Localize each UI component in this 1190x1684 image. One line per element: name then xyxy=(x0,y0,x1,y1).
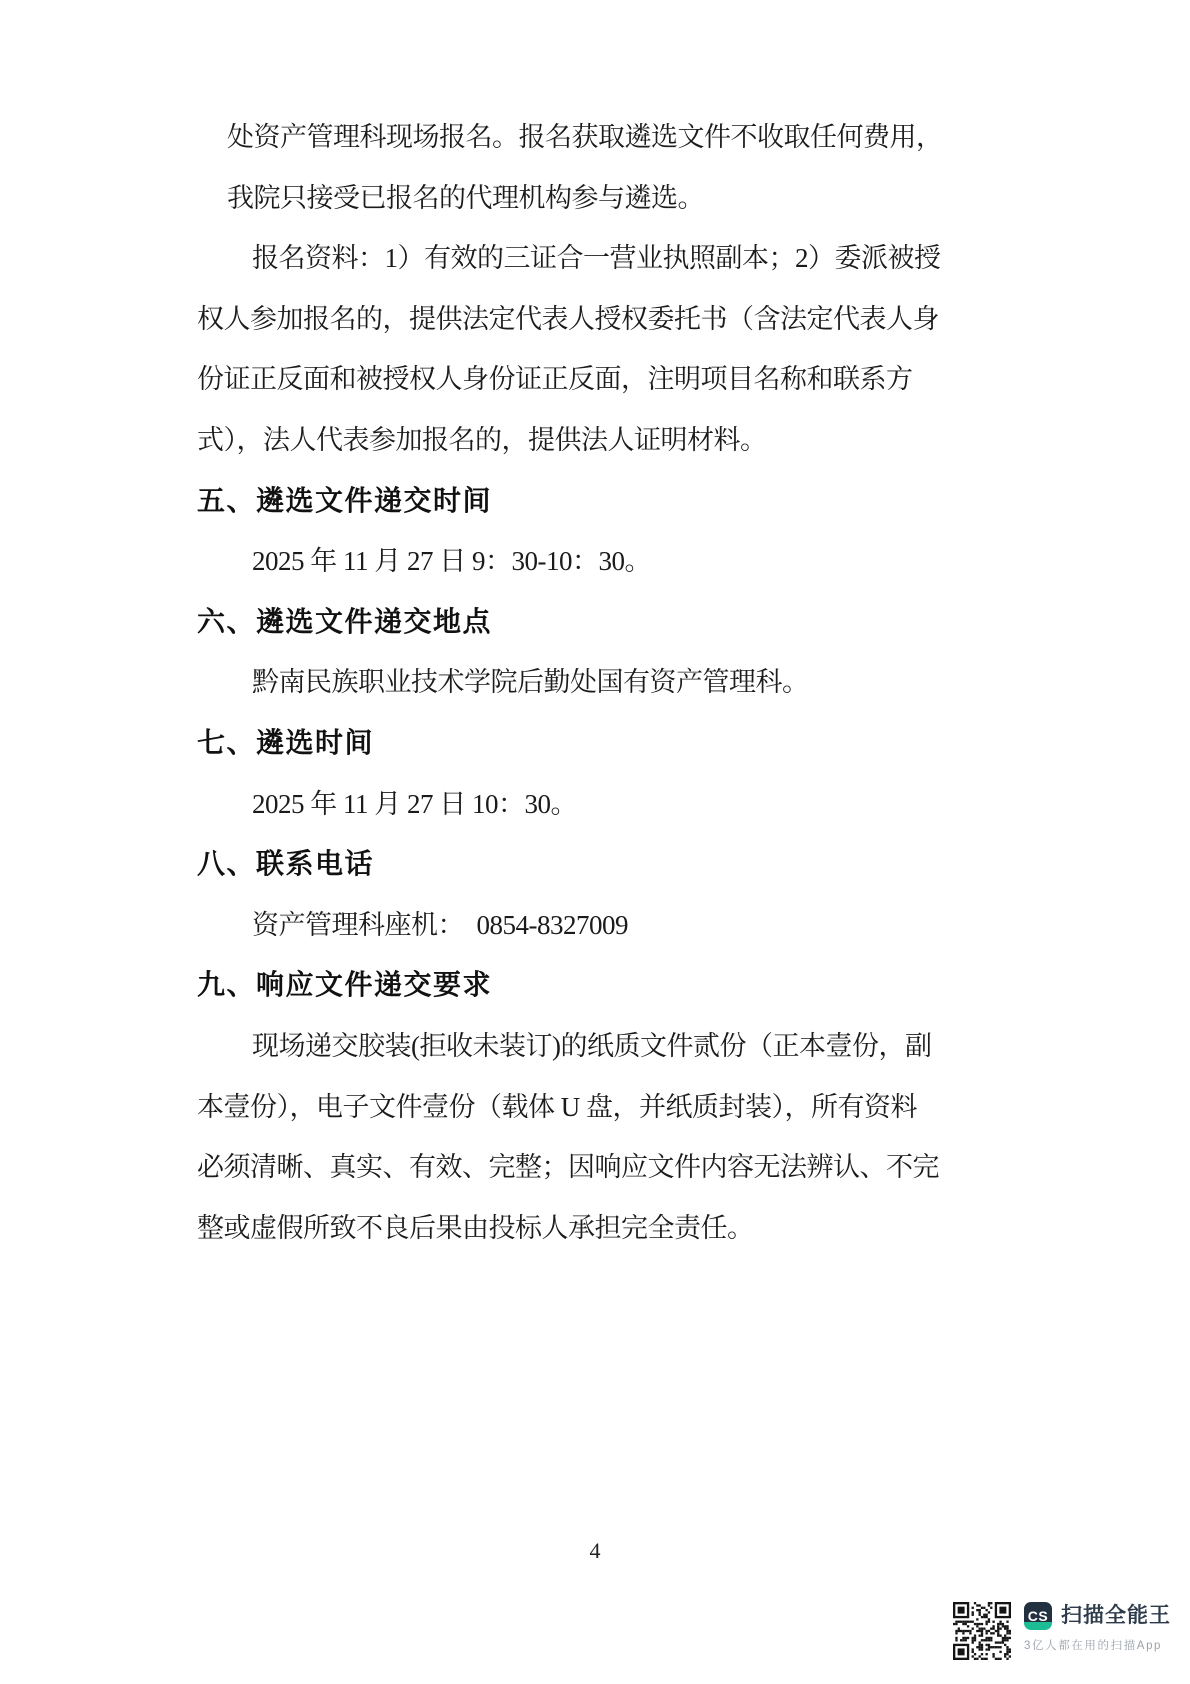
section-heading: 八、联系电话 xyxy=(197,834,957,895)
document-line: 黔南民族职业技术学院后勤处国有资产管理科。 xyxy=(197,652,957,713)
document-line: 资产管理科座机： 0854-8327009 xyxy=(197,895,957,956)
scanner-watermark: CS 扫描全能王 3亿人都在用的扫描App xyxy=(953,1602,1171,1660)
document-line: 本壹份），电子文件壹份（载体 U 盘，并纸质封装），所有资料 xyxy=(197,1077,957,1138)
watermark-tagline: 3亿人都在用的扫描App xyxy=(1024,1637,1171,1653)
camscanner-logo-text: CS xyxy=(1028,1608,1048,1624)
document-line: 2025 年 11 月 27 日 10：30。 xyxy=(197,774,957,835)
document-line: 现场递交胶装(拒收未装订)的纸质文件贰份（正本壹份，副 xyxy=(197,1016,957,1077)
qr-code-icon xyxy=(953,1602,1011,1660)
watermark-app-name: 扫描全能王 xyxy=(1061,1602,1171,1630)
document-line: 2025 年 11 月 27 日 9：30-10：30。 xyxy=(197,531,957,592)
document-page: 处资产管理科现场报名。报名获取遴选文件不收取任何费用，我院只接受已报名的代理机构… xyxy=(0,0,1190,1684)
document-line: 我院只接受已报名的代理机构参与遴选。 xyxy=(197,168,957,229)
camscanner-logo-icon: CS xyxy=(1024,1602,1052,1630)
section-heading: 五、遴选文件递交时间 xyxy=(197,471,957,532)
document-line: 必须清晰、真实、有效、完整；因响应文件内容无法辨认、不完 xyxy=(197,1137,957,1198)
document-line: 份证正反面和被授权人身份证正反面，注明项目名称和联系方 xyxy=(197,349,957,410)
section-heading: 九、响应文件递交要求 xyxy=(197,955,957,1016)
document-line: 权人参加报名的，提供法定代表人授权委托书（含法定代表人身 xyxy=(197,289,957,350)
page-number: 4 xyxy=(0,1538,1190,1564)
watermark-text-block: CS 扫描全能王 3亿人都在用的扫描App xyxy=(1024,1602,1171,1653)
document-line: 整或虚假所致不良后果由投标人承担完全责任。 xyxy=(197,1198,957,1259)
section-heading: 七、遴选时间 xyxy=(197,713,957,774)
section-heading: 六、遴选文件递交地点 xyxy=(197,592,957,653)
document-line: 式），法人代表参加报名的，提供法人证明材料。 xyxy=(197,410,957,471)
document-body: 处资产管理科现场报名。报名获取遴选文件不收取任何费用，我院只接受已报名的代理机构… xyxy=(197,107,957,1258)
document-line: 报名资料：1）有效的三证合一营业执照副本；2）委派被授 xyxy=(197,228,957,289)
document-line: 处资产管理科现场报名。报名获取遴选文件不收取任何费用， xyxy=(197,107,957,168)
